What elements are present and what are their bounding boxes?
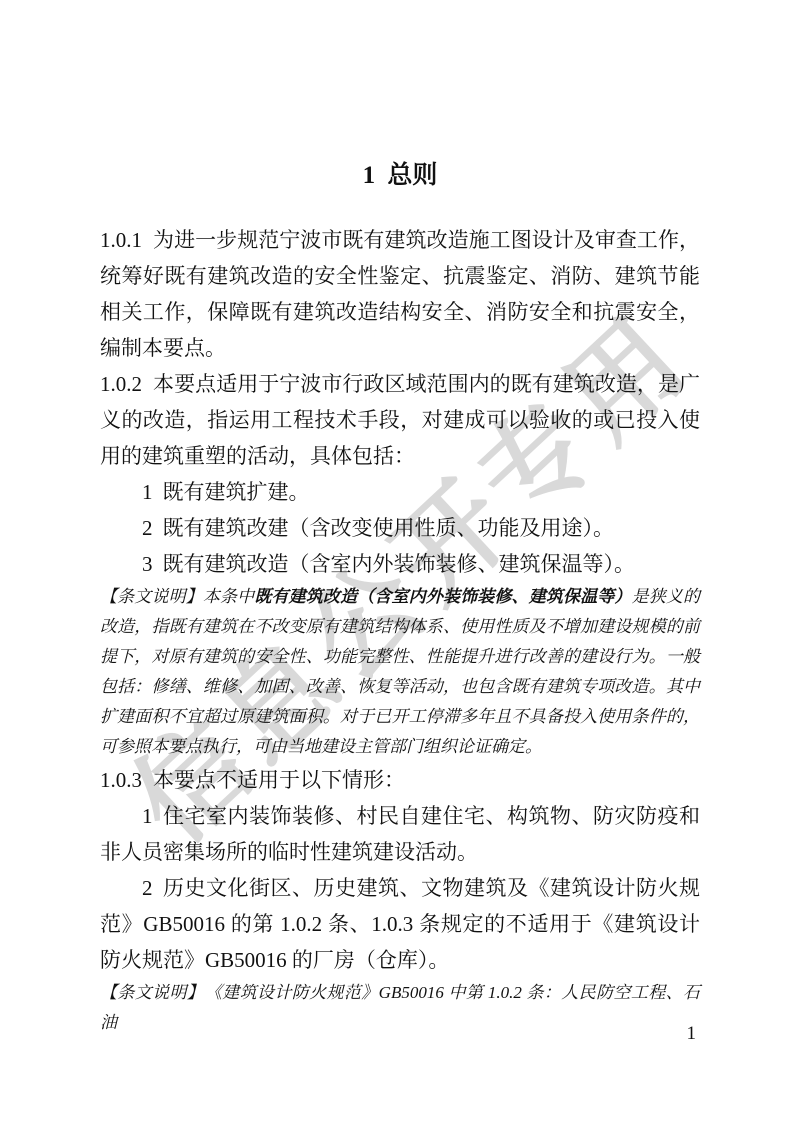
item-text: 历史文化街区、历史建筑、文物建筑及《建筑设计防火规范》GB50016 的第 1.… [100, 876, 700, 972]
commentary-note: 【条文说明】《建筑设计防火规范》GB50016 中第 1.0.2 条：人民防空工… [100, 978, 700, 1038]
item-text: 既有建筑改建（含改变使用性质、功能及用途）。 [163, 516, 615, 540]
list-item: 2历史文化街区、历史建筑、文物建筑及《建筑设计防火规范》GB50016 的第 1… [100, 870, 700, 978]
note-text: 本条中 [203, 587, 254, 606]
clause-1-0-3: 1.0.3本要点不适用于以下情形： [100, 762, 700, 798]
document-page: 信息公开专用 1 总则 1.0.1为进一步规范宁波市既有建筑改造施工图设计及审查… [0, 0, 800, 1131]
clause-text: 为进一步规范宁波市既有建筑改造施工图设计及审查工作，统筹好既有建筑改造的安全性鉴… [100, 228, 700, 360]
item-number: 1 [142, 804, 153, 828]
clause-text: 本要点适用于宁波市行政区域范围内的既有建筑改造，是广义的改造，指运用工程技术手段… [100, 372, 700, 468]
item-number: 1 [142, 480, 153, 504]
clause-number: 1.0.1 [100, 228, 142, 252]
commentary-note: 【条文说明】本条中既有建筑改造（含室内外装饰装修、建筑保温等）是狭义的改造，指既… [100, 582, 700, 762]
item-number: 2 [142, 876, 153, 900]
clause-number: 1.0.3 [100, 768, 142, 792]
document-content: 1 总则 1.0.1为进一步规范宁波市既有建筑改造施工图设计及审查工作，统筹好既… [100, 160, 700, 1038]
item-number: 2 [142, 516, 153, 540]
page-title: 1 总则 [100, 160, 700, 192]
page-number: 1 [687, 1022, 697, 1046]
item-text: 既有建筑改造（含室内外装饰装修、建筑保温等）。 [163, 552, 636, 576]
clause-1-0-2: 1.0.2本要点适用于宁波市行政区域范围内的既有建筑改造，是广义的改造，指运用工… [100, 366, 700, 474]
note-text: 是狭义的改造，指既有建筑在不改变原有建筑结构体系、使用性质及不增加建设规模的前提… [100, 587, 700, 756]
list-item: 2既有建筑改建（含改变使用性质、功能及用途）。 [100, 510, 700, 546]
item-text: 住宅室内装饰装修、村民自建住宅、构筑物、防灾防疫和非人员密集场所的临时性建筑建设… [100, 804, 700, 864]
list-item: 3既有建筑改造（含室内外装饰装修、建筑保温等）。 [100, 546, 700, 582]
note-bold-text: 既有建筑改造（含室内外装饰装修、建筑保温等） [254, 587, 631, 606]
list-item: 1既有建筑扩建。 [100, 474, 700, 510]
note-label: 【条文说明】 [100, 587, 203, 606]
clause-1-0-1: 1.0.1为进一步规范宁波市既有建筑改造施工图设计及审查工作，统筹好既有建筑改造… [100, 222, 700, 366]
item-number: 3 [142, 552, 153, 576]
item-text: 既有建筑扩建。 [163, 480, 310, 504]
clause-text: 本要点不适用于以下情形： [153, 768, 405, 792]
list-item: 1住宅室内装饰装修、村民自建住宅、构筑物、防灾防疫和非人员密集场所的临时性建筑建… [100, 798, 700, 870]
clause-number: 1.0.2 [100, 372, 142, 396]
note-label: 【条文说明】 [100, 983, 204, 1002]
